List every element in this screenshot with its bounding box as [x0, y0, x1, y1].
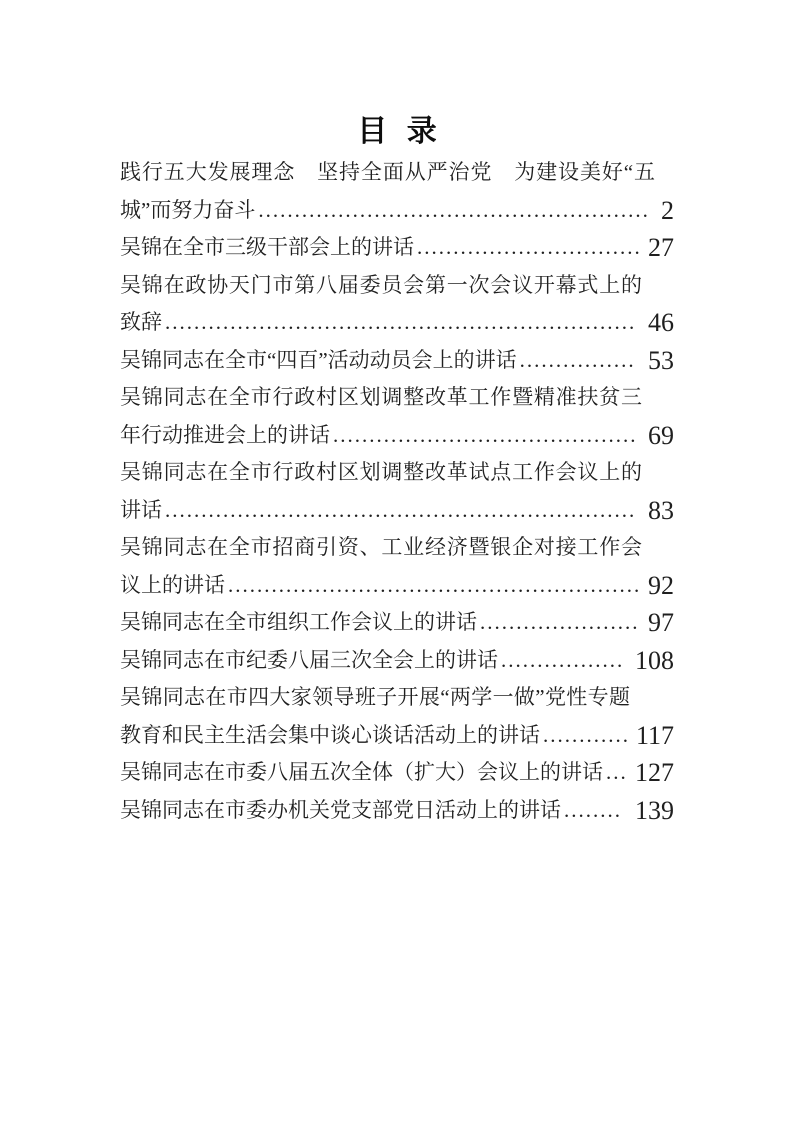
toc-dot-leader: ................. [501, 648, 624, 672]
toc-page-number: 27 [648, 229, 674, 267]
toc-page-number: 127 [635, 754, 674, 792]
toc-dot-leader: ............ [543, 723, 630, 747]
toc-entry[interactable]: 吴锦在全市三级干部会上的讲话..........................… [120, 229, 674, 267]
toc-dot-leader: ................ [520, 348, 636, 372]
toc-entry[interactable]: 吴锦同志在市四大家领导班子开展“两学一做”党性专题教育和民主生活会集中谈心谈话活… [120, 679, 674, 754]
toc-entry-title: 吴锦在全市三级干部会上的讲话 [120, 235, 414, 259]
toc-dot-leader: ........................................… [165, 310, 636, 334]
toc-heading: 目 录 [120, 111, 674, 153]
toc-dot-leader: ... [606, 760, 628, 784]
toc-page-number: 97 [648, 604, 674, 642]
toc-entry[interactable]: 吴锦同志在市委八届五次全体（扩大）会议上的讲话...127 [120, 754, 674, 792]
toc-page-number: 53 [648, 342, 674, 380]
toc-dot-leader: ........................................… [258, 198, 650, 222]
toc-page-number: 92 [648, 567, 674, 605]
toc-entry-title: 吴锦同志在市委办机关党支部党日活动上的讲话 [120, 798, 561, 822]
toc-entry[interactable]: 吴锦同志在全市“四百”活动动员会上的讲话................53 [120, 342, 674, 380]
toc-entry-title: 吴锦同志在市委八届五次全体（扩大）会议上的讲话 [120, 760, 603, 784]
toc-page-number: 117 [636, 717, 674, 755]
toc-dot-leader: ........................................… [333, 423, 638, 447]
toc-page-number: 108 [635, 642, 674, 680]
toc-entry[interactable]: 吴锦同志在市委办机关党支部党日活动上的讲话........139 [120, 792, 674, 830]
toc-page-number: 46 [648, 304, 674, 342]
toc-entry[interactable]: 践行五大发展理念 坚持全面从严治党 为建设美好“五城”而努力奋斗........… [120, 154, 674, 229]
toc-dot-leader: ........ [564, 798, 622, 822]
toc-dot-leader: ........................................… [165, 498, 636, 522]
toc-dot-leader: ........................................… [228, 573, 641, 597]
toc-page-number: 139 [635, 792, 674, 830]
toc-entry[interactable]: 吴锦同志在全市行政村区划调整改革工作暨精准扶贫三年行动推进会上的讲话......… [120, 379, 674, 454]
toc-entry[interactable]: 吴锦同志在市纪委八届三次全会上的讲话.................108 [120, 642, 674, 680]
toc-page-number: 2 [661, 192, 674, 230]
toc-entry-title: 吴锦同志在全市组织工作会议上的讲话 [120, 610, 477, 634]
toc-entry[interactable]: 吴锦同志在全市招商引资、工业经济暨银企对接工作会议上的讲话...........… [120, 529, 674, 604]
toc-entry[interactable]: 吴锦同志在全市行政村区划调整改革试点工作会议上的讲话..............… [120, 454, 674, 529]
toc-list: 践行五大发展理念 坚持全面从严治党 为建设美好“五城”而努力奋斗........… [120, 154, 674, 829]
toc-dot-leader: ...................... [480, 610, 640, 634]
toc-page-number: 69 [648, 417, 674, 455]
document-page: 目 录 践行五大发展理念 坚持全面从严治党 为建设美好“五城”而努力奋斗....… [0, 0, 793, 1122]
toc-entry[interactable]: 吴锦同志在全市组织工作会议上的讲话......................9… [120, 604, 674, 642]
toc-dot-leader: ............................... [417, 235, 642, 259]
toc-page-number: 83 [648, 492, 674, 530]
toc-entry[interactable]: 吴锦在政协天门市第八届委员会第一次会议开幕式上的致辞..............… [120, 267, 674, 342]
toc-entry-title: 吴锦同志在全市“四百”活动动员会上的讲话 [120, 348, 517, 372]
toc-entry-title: 吴锦同志在市纪委八届三次全会上的讲话 [120, 648, 498, 672]
